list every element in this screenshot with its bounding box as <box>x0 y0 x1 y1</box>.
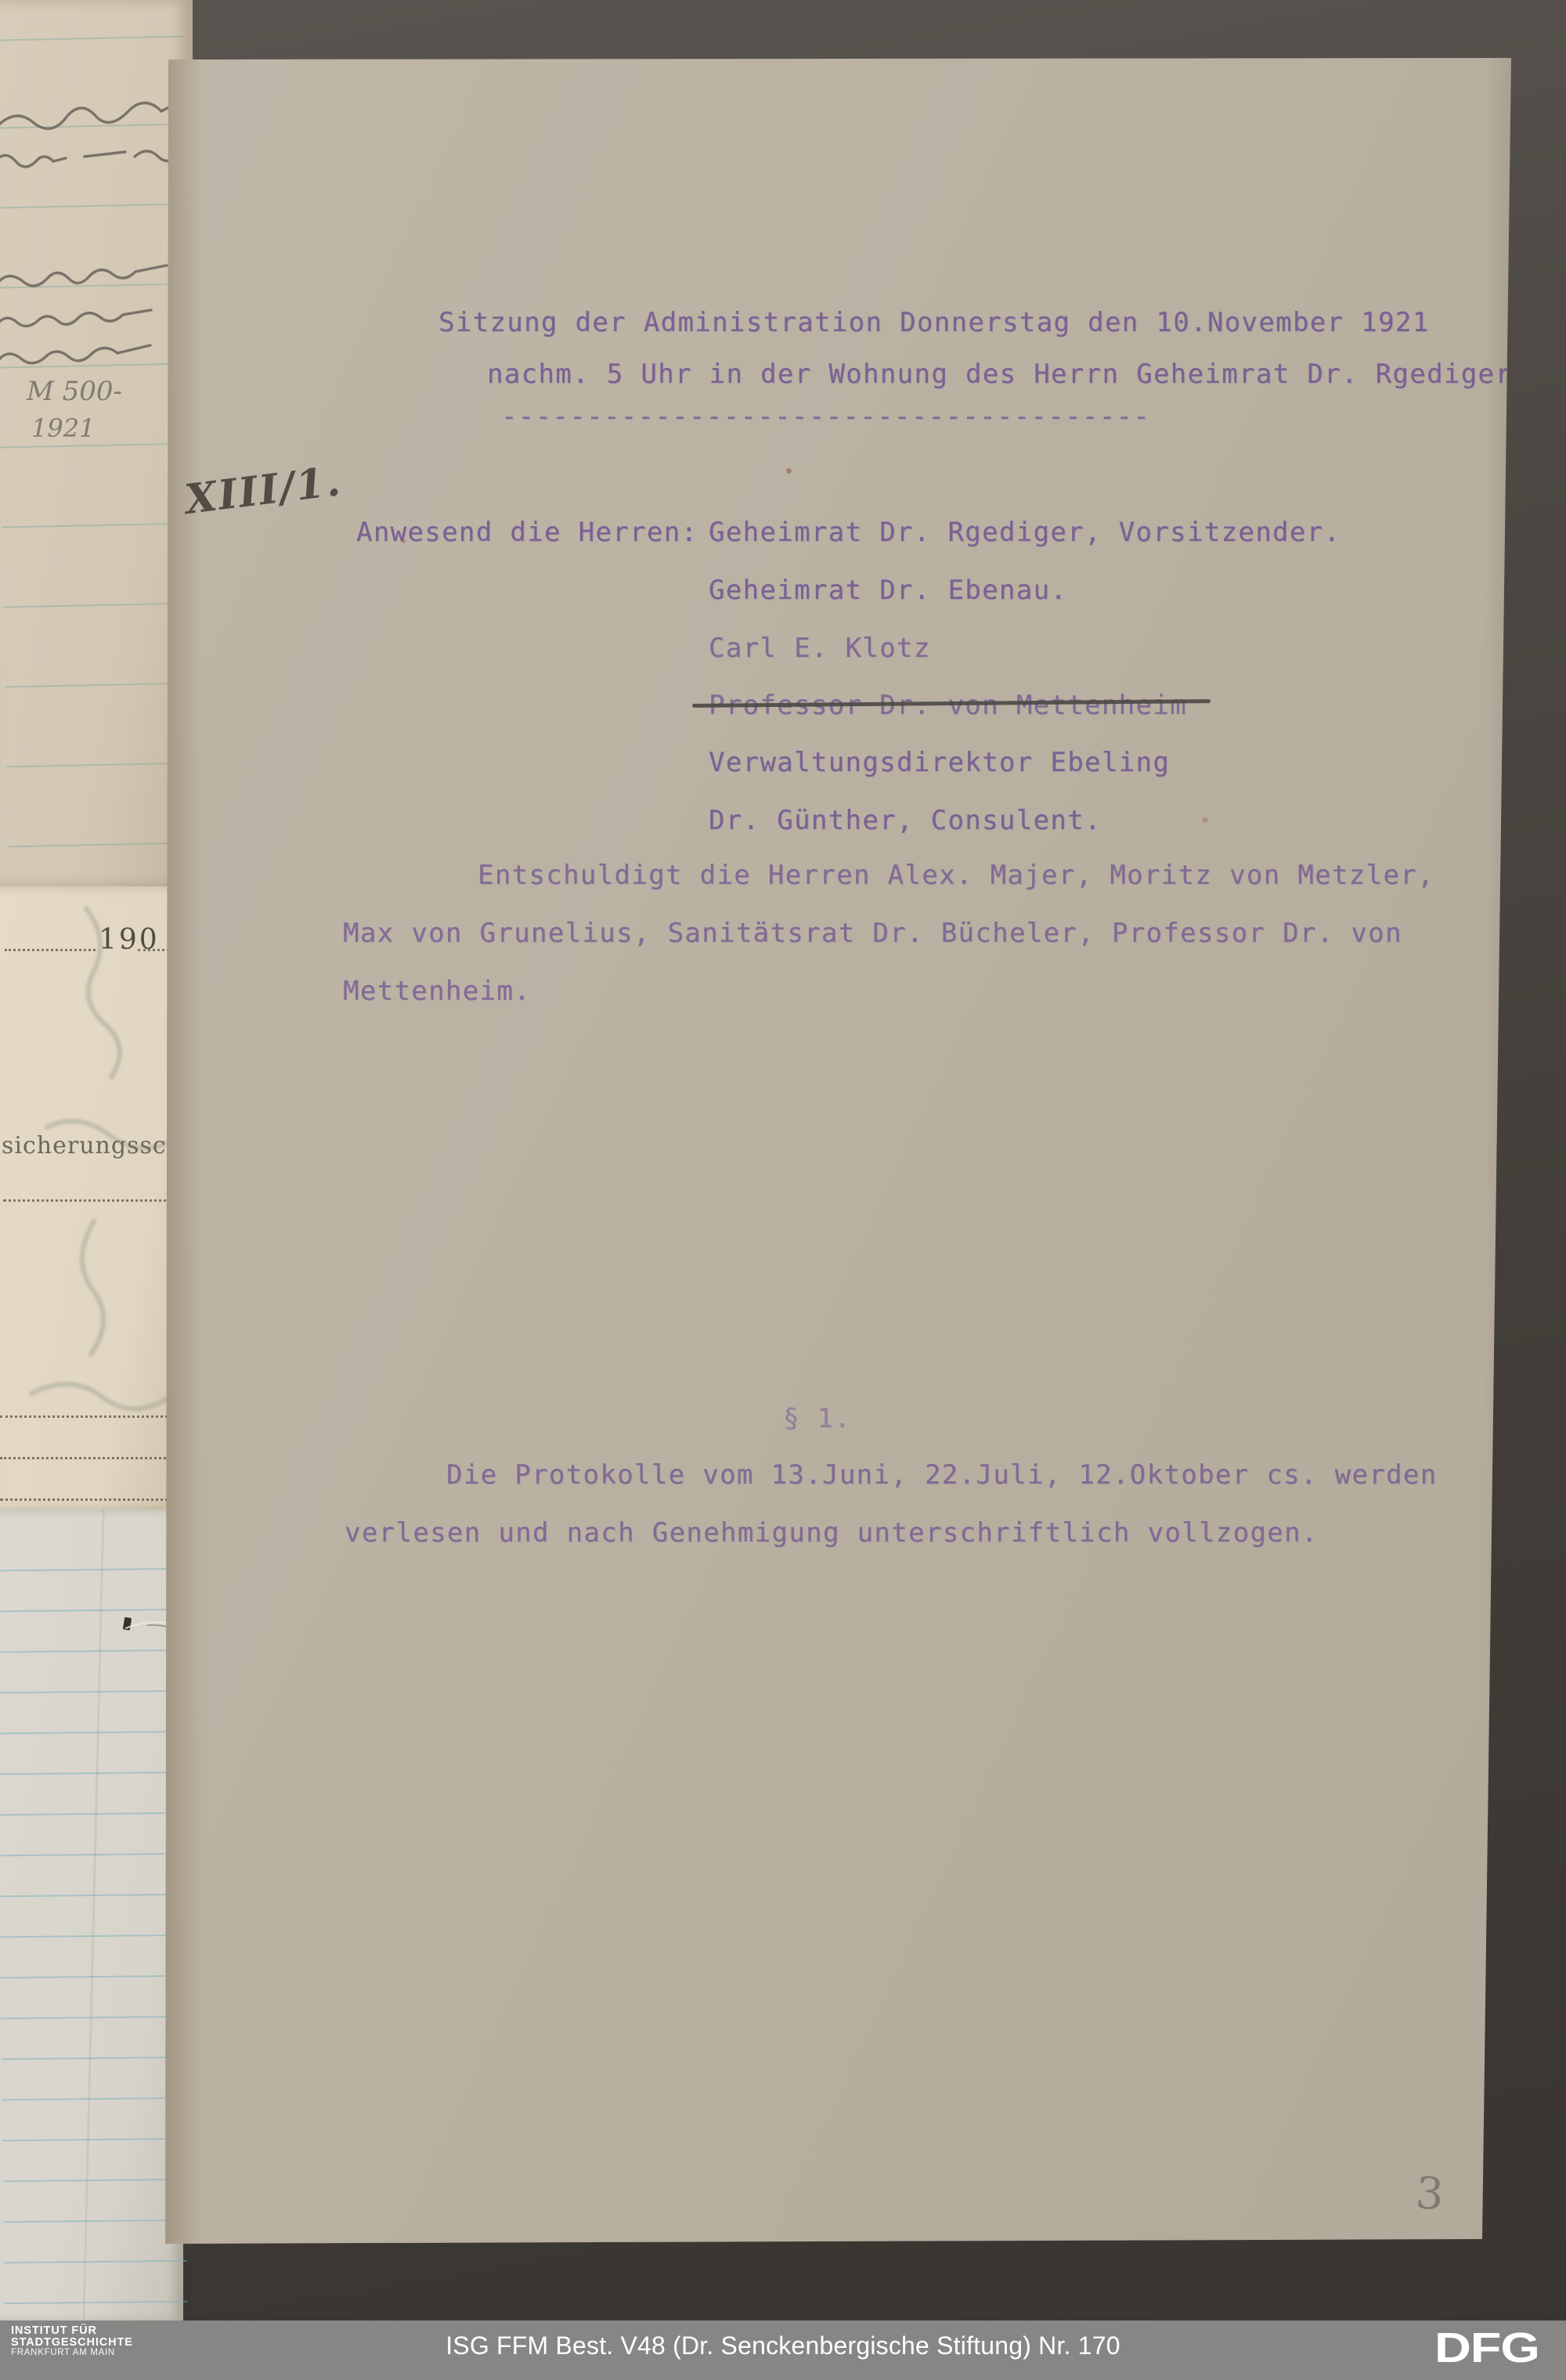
archive-reference: ISG FFM Best. V48 (Dr. Senckenbergische … <box>0 2331 1566 2360</box>
attendee-line: Geheimrat Dr. Rgediger, Vorsitzender. <box>709 517 1340 548</box>
scanned-archive-page: M 500- 1921 190 sicherungsschein Sitzung… <box>0 0 1566 2380</box>
pencil-note-year: 1921 <box>31 413 95 443</box>
paper-stain <box>786 468 792 474</box>
excused-line-2: Max von Grunelius, Sanitätsrat Dr. Büche… <box>343 918 1402 949</box>
form-dotted-line <box>0 1498 179 1501</box>
form-dotted-line <box>0 1415 182 1418</box>
attendees-intro: Anwesend die Herren: <box>356 517 698 548</box>
section-line-2: verlesen und nach Genehmigung unterschri… <box>345 1517 1319 1549</box>
form-dotted-line <box>0 1457 180 1459</box>
typed-protocol-page: Sitzung der Administration Donnerstag de… <box>0 0 1566 2380</box>
excused-line-3: Mettenheim. <box>343 975 531 1007</box>
attendee-line: Verwaltungsdirektor Ebeling <box>709 747 1170 778</box>
form-dotted-line <box>3 1199 177 1202</box>
section-heading: § 1. <box>783 1403 851 1434</box>
attendee-line: Geheimrat Dr. Ebenau. <box>709 575 1067 606</box>
form-dotted-line <box>5 949 96 951</box>
pencil-note-amount: M 500- <box>27 376 122 407</box>
archive-footer-bar: INSTITUT FÜR STADTGESCHICHTE FRANKFURT A… <box>0 2320 1566 2380</box>
document-heading-line-2: nachm. 5 Uhr in der Wohnung des Herrn Ge… <box>487 359 1512 390</box>
document-heading-line-1: Sitzung der Administration Donnerstag de… <box>438 307 1430 338</box>
paper-stain <box>401 539 406 543</box>
page-number-pencil: 3 <box>1414 2168 1445 2220</box>
excused-line-1: Entschuldigt die Herren Alex. Majer, Mor… <box>478 860 1434 891</box>
attendee-line: Dr. Günther, Consulent. <box>709 805 1102 836</box>
heading-divider: -------------------------------------- <box>501 401 1150 432</box>
underlying-handwritten-sheet <box>0 0 193 886</box>
dfg-logo: DFG <box>1434 2324 1539 2372</box>
section-line-1: Die Protokolle vom 13.Juni, 22.Juli, 12.… <box>446 1459 1438 1491</box>
paper-stain <box>1202 817 1208 823</box>
attendee-line: Carl E. Klotz <box>709 633 931 664</box>
